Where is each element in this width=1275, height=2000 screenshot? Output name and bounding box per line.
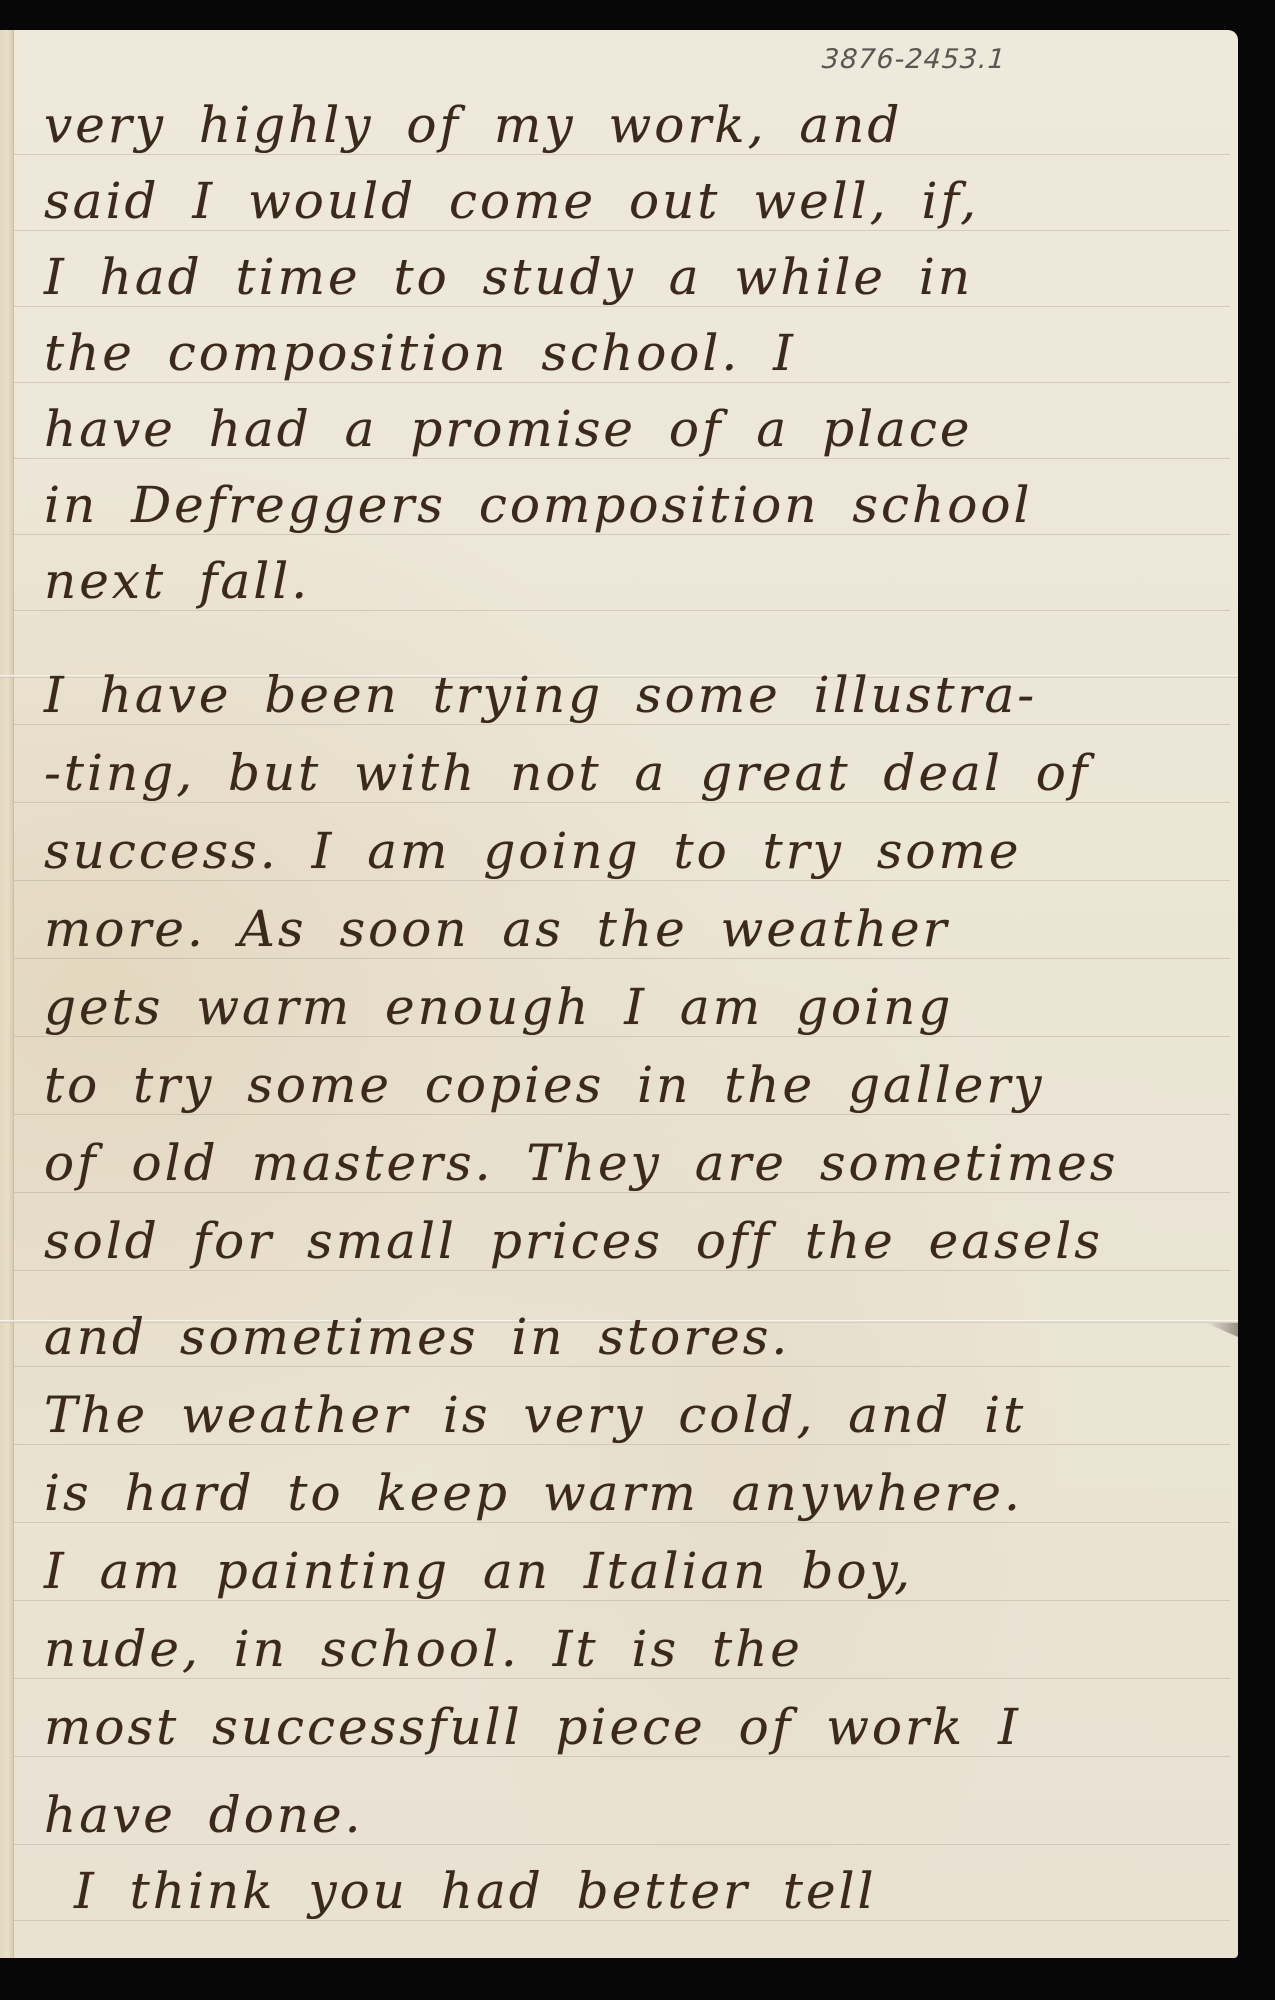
ruled-line: [14, 230, 1230, 231]
handwritten-line: most successfull piece of work I: [44, 1702, 1021, 1752]
accession-number: 3876-2453.1: [821, 44, 1007, 75]
handwritten-line: The weather is very cold, and it: [44, 1390, 1026, 1440]
handwritten-line: more. As soon as the weather: [44, 904, 950, 954]
handwritten-line: I have been trying some illustra-: [44, 670, 1037, 720]
ruled-line: [14, 1522, 1230, 1523]
ruled-line: [14, 1756, 1230, 1757]
binding-edge: [0, 30, 14, 1958]
handwritten-line: nude, in school. It is the: [44, 1624, 803, 1674]
ruled-line: [14, 1192, 1230, 1193]
handwritten-line: have done.: [44, 1790, 364, 1840]
handwritten-line: I am painting an Italian boy,: [44, 1546, 913, 1596]
handwritten-line: have had a promise of a place: [44, 404, 973, 454]
letter-page: 3876-2453.1 very highly of my work, and …: [0, 30, 1238, 1958]
handwritten-line: said I would come out well, if,: [44, 176, 979, 226]
ruled-line: [14, 880, 1230, 881]
ruled-line: [14, 958, 1230, 959]
handwritten-line: I think you had better tell: [74, 1866, 877, 1916]
ruled-line: [14, 1444, 1230, 1445]
fold-shadow: [1206, 1323, 1238, 1337]
handwritten-line: the composition school. I: [44, 328, 796, 378]
handwritten-line: next fall.: [44, 556, 310, 606]
ruled-line: [14, 610, 1230, 611]
ruled-line: [14, 1036, 1230, 1037]
handwritten-line: I had time to study a while in: [44, 252, 973, 302]
ruled-line: [14, 382, 1230, 383]
handwritten-line: -ting, but with not a great deal of: [44, 748, 1090, 798]
ruled-line: [14, 1366, 1230, 1367]
ruled-line: [14, 1920, 1230, 1921]
ruled-line: [14, 1844, 1230, 1845]
handwritten-line: success. I am going to try some: [44, 826, 1022, 876]
ruled-line: [14, 1678, 1230, 1679]
ruled-line: [14, 724, 1230, 725]
handwritten-line: sold for small prices off the easels: [44, 1216, 1103, 1266]
handwritten-line: in Defreggers composition school: [44, 480, 1032, 530]
ruled-line: [14, 1270, 1230, 1271]
handwritten-line: very highly of my work, and: [44, 100, 902, 150]
ruled-line: [14, 306, 1230, 307]
ruled-line: [14, 802, 1230, 803]
ruled-line: [14, 154, 1230, 155]
handwritten-line: to try some copies in the gallery: [44, 1060, 1045, 1110]
ruled-line: [14, 1600, 1230, 1601]
handwritten-line: of old masters. They are sometimes: [44, 1138, 1118, 1188]
handwritten-line: is hard to keep warm anywhere.: [44, 1468, 1023, 1518]
handwritten-line: gets warm enough I am going: [44, 982, 953, 1032]
ruled-line: [14, 1114, 1230, 1115]
handwritten-line: and sometimes in stores.: [44, 1312, 790, 1362]
ruled-line: [14, 458, 1230, 459]
ruled-line: [14, 534, 1230, 535]
